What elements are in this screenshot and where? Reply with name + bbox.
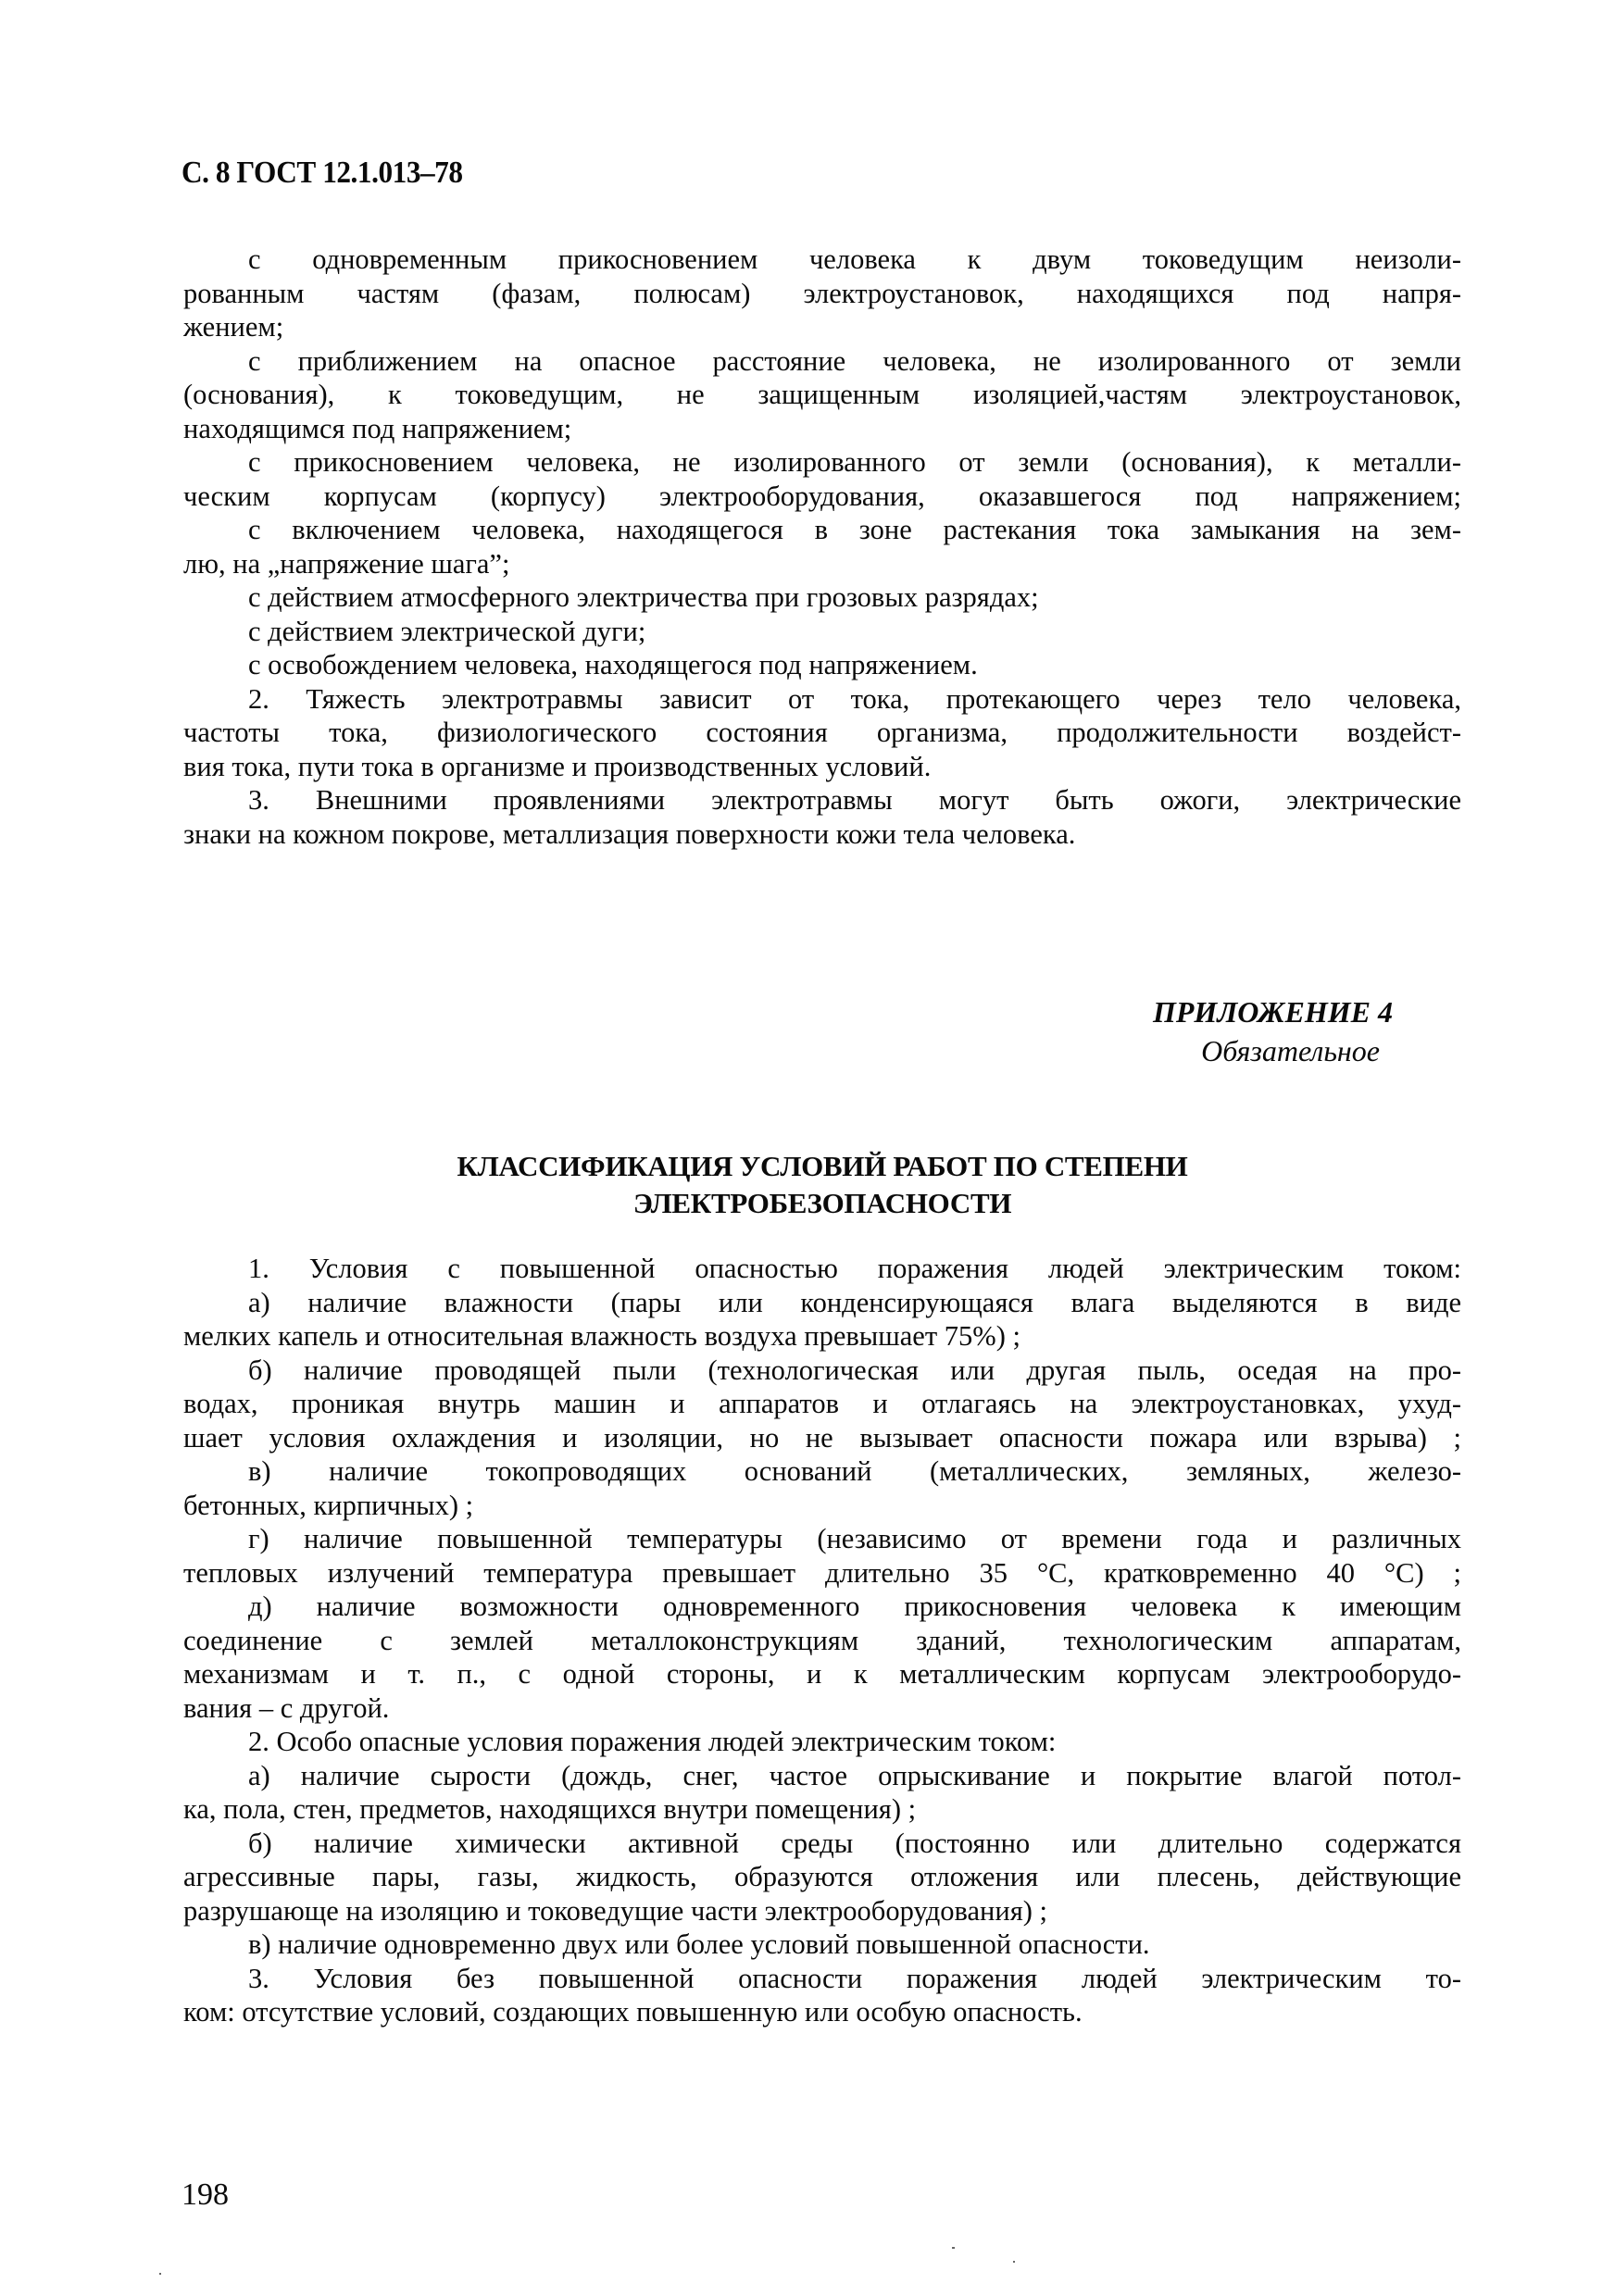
text-line: частоты тока, физиологического состояния… xyxy=(183,716,1461,750)
text-line-content: ком: отсутствие условий, создающих повыш… xyxy=(183,1995,1083,2029)
text-line: б) наличие химически активной среды (пос… xyxy=(183,1827,1461,1861)
appendix-status: Обязательное xyxy=(1153,1031,1393,1070)
text-line: лю, на „напряжение шага”; xyxy=(183,547,1461,581)
text-line: вания – с другой. xyxy=(183,1691,1461,1726)
text-line: с включением человека, находящегося в зо… xyxy=(183,513,1461,547)
text-line: шает условия охлаждения и изоляции, но н… xyxy=(183,1421,1461,1455)
text-line-content: ческим корпусам (корпусу) электрооборудо… xyxy=(183,480,1461,514)
text-line-content: б) наличие химически активной среды (пос… xyxy=(248,1827,1461,1861)
text-line-content: (основания), к токоведущим, не защищенны… xyxy=(183,378,1461,412)
text-line: 2. Тяжесть электротравмы зависит от тока… xyxy=(183,682,1461,717)
text-line: (основания), к токоведущим, не защищенны… xyxy=(183,378,1461,412)
text-line-content: рованным частям (фазам, полюсам) электро… xyxy=(183,277,1461,311)
text-line-content: разрушающе на изоляцию и токоведущие час… xyxy=(183,1894,1047,1928)
appendix-number: ПРИЛОЖЕНИЕ 4 xyxy=(1153,992,1393,1031)
text-line-content: частоты тока, физиологического состояния… xyxy=(183,716,1461,750)
text-line: б) наличие проводящей пыли (технологичес… xyxy=(183,1354,1461,1388)
text-line-content: вания – с другой. xyxy=(183,1691,389,1726)
text-line-content: с действием атмосферного электричества п… xyxy=(248,580,1039,615)
page-header: С. 8 ГОСТ 12.1.013–78 xyxy=(182,156,463,191)
text-line: рованным частям (фазам, полюсам) электро… xyxy=(183,277,1461,311)
text-line-content: находящимся под напряжением; xyxy=(183,412,571,446)
text-line: 3. Внешними проявлениями электротравмы м… xyxy=(183,783,1461,817)
text-line-content: 2. Тяжесть электротравмы зависит от тока… xyxy=(248,682,1461,717)
text-line: 2. Особо опасные условия поражения людей… xyxy=(183,1725,1461,1759)
page-number: 198 xyxy=(182,2177,229,2213)
text-line: ческим корпусам (корпусу) электрооборудо… xyxy=(183,480,1461,514)
text-line: ка, пола, стен, предметов, находящихся в… xyxy=(183,1792,1461,1827)
text-line-content: с включением человека, находящегося в зо… xyxy=(248,513,1461,547)
text-line-content: г) наличие повышенной температуры (незав… xyxy=(248,1522,1461,1556)
text-line: в) наличие токопроводящих оснований (мет… xyxy=(183,1454,1461,1489)
text-line-content: тепловых излучений температура превышает… xyxy=(183,1556,1461,1591)
appendix-label: ПРИЛОЖЕНИЕ 4 Обязательное xyxy=(1153,992,1393,1070)
text-line-content: механизмам и т. п., с одной стороны, и к… xyxy=(183,1657,1461,1691)
scan-artifact xyxy=(1013,2261,1015,2263)
text-line-content: с освобождением человека, находящегося п… xyxy=(248,648,978,682)
text-line-content: а) наличие сырости (дождь, снег, частое … xyxy=(248,1759,1461,1793)
text-line: водах, проникая внутрь машин и аппаратов… xyxy=(183,1387,1461,1421)
scan-artifact xyxy=(159,2273,161,2275)
scan-artifact xyxy=(952,2247,955,2249)
text-line-content: а) наличие влажности (пары или конденсир… xyxy=(248,1286,1461,1320)
text-line: а) наличие влажности (пары или конденсир… xyxy=(183,1286,1461,1320)
text-line-content: 1. Условия с повышенной опасностью пораж… xyxy=(248,1252,1461,1286)
intro-text-block: с одновременным прикосновением человека … xyxy=(183,243,1461,851)
text-line: мелких капель и относительная влажность … xyxy=(183,1319,1461,1354)
text-line: ком: отсутствие условий, создающих повыш… xyxy=(183,1995,1461,2029)
text-line: знаки на кожном покрове, металлизация по… xyxy=(183,817,1461,852)
text-line-content: 3. Внешними проявлениями электротравмы м… xyxy=(248,783,1461,817)
text-line: с одновременным прикосновением человека … xyxy=(183,243,1461,277)
text-line: находящимся под напряжением; xyxy=(183,412,1461,446)
text-line: агрессивные пары, газы, жидкость, образу… xyxy=(183,1860,1461,1894)
text-line-content: с приближением на опасное расстояние чел… xyxy=(248,344,1461,379)
text-line-content: вия тока, пути тока в организме и произв… xyxy=(183,750,931,784)
text-line: 3. Условия без повышенной опасности пора… xyxy=(183,1962,1461,1996)
text-line-content: с одновременным прикосновением человека … xyxy=(248,243,1461,277)
section-title-line-2: ЭЛЕКТРОБЕЗОПАСНОСТИ xyxy=(183,1185,1461,1222)
text-line: д) наличие возможности одновременного пр… xyxy=(183,1590,1461,1624)
text-line-content: водах, проникая внутрь машин и аппаратов… xyxy=(183,1387,1461,1421)
text-line-content: лю, на „напряжение шага”; xyxy=(183,547,509,581)
text-line: тепловых излучений температура превышает… xyxy=(183,1556,1461,1591)
text-line-content: с прикосновением человека, не изолирован… xyxy=(248,445,1461,480)
text-line-content: шает условия охлаждения и изоляции, но н… xyxy=(183,1421,1461,1455)
text-line: в) наличие одновременно двух или более у… xyxy=(183,1928,1461,1962)
text-line: разрушающе на изоляцию и токоведущие час… xyxy=(183,1894,1461,1928)
text-line: с действием электрической дуги; xyxy=(183,615,1461,649)
text-line: бетонных, кирпичных) ; xyxy=(183,1489,1461,1523)
text-line: с освобождением человека, находящегося п… xyxy=(183,648,1461,682)
section-title: КЛАССИФИКАЦИЯ УСЛОВИЙ РАБОТ ПО СТЕПЕНИ Э… xyxy=(183,1148,1461,1222)
text-line-content: 2. Особо опасные условия поражения людей… xyxy=(248,1725,1056,1759)
text-line: механизмам и т. п., с одной стороны, и к… xyxy=(183,1657,1461,1691)
text-line-content: ка, пола, стен, предметов, находящихся в… xyxy=(183,1792,916,1827)
text-line-content: д) наличие возможности одновременного пр… xyxy=(248,1590,1461,1624)
text-line: с приближением на опасное расстояние чел… xyxy=(183,344,1461,379)
text-line: 1. Условия с повышенной опасностью пораж… xyxy=(183,1252,1461,1286)
text-line-content: в) наличие одновременно двух или более у… xyxy=(248,1928,1150,1962)
text-line-content: бетонных, кирпичных) ; xyxy=(183,1489,473,1523)
section-title-line-1: КЛАССИФИКАЦИЯ УСЛОВИЙ РАБОТ ПО СТЕПЕНИ xyxy=(183,1148,1461,1185)
text-line-content: 3. Условия без повышенной опасности пора… xyxy=(248,1962,1461,1996)
text-line-content: знаки на кожном покрове, металлизация по… xyxy=(183,817,1075,852)
text-line-content: с действием электрической дуги; xyxy=(248,615,645,649)
text-line: жением; xyxy=(183,310,1461,344)
text-line: г) наличие повышенной температуры (незав… xyxy=(183,1522,1461,1556)
text-line: с прикосновением человека, не изолирован… xyxy=(183,445,1461,480)
text-line: вия тока, пути тока в организме и произв… xyxy=(183,750,1461,784)
text-line-content: соединение с землей металлоконструкциям … xyxy=(183,1624,1461,1658)
text-line: с действием атмосферного электричества п… xyxy=(183,580,1461,615)
text-line-content: жением; xyxy=(183,310,283,344)
classification-text-block: 1. Условия с повышенной опасностью пораж… xyxy=(183,1252,1461,2029)
text-line-content: мелких капель и относительная влажность … xyxy=(183,1319,1020,1354)
text-line-content: б) наличие проводящей пыли (технологичес… xyxy=(248,1354,1461,1388)
text-line: соединение с землей металлоконструкциям … xyxy=(183,1624,1461,1658)
text-line-content: агрессивные пары, газы, жидкость, образу… xyxy=(183,1860,1461,1894)
text-line: а) наличие сырости (дождь, снег, частое … xyxy=(183,1759,1461,1793)
text-line-content: в) наличие токопроводящих оснований (мет… xyxy=(248,1454,1461,1489)
